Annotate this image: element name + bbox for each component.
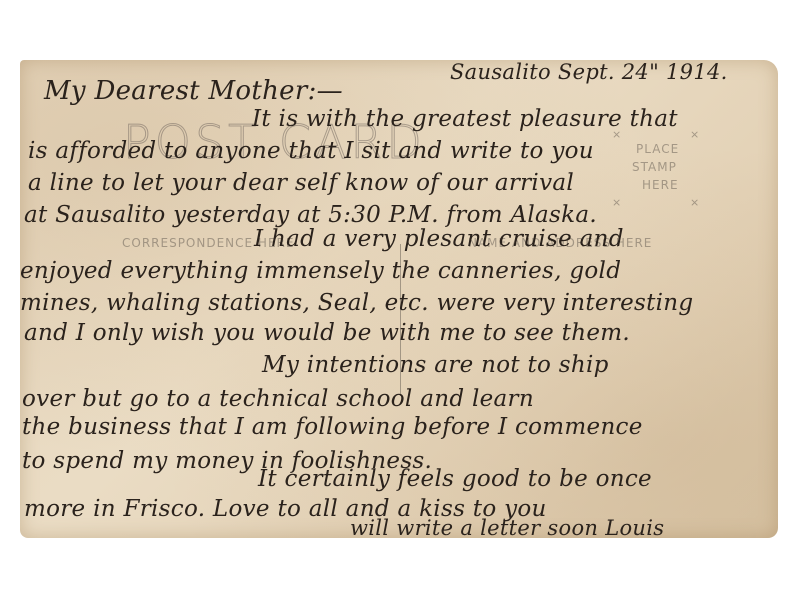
stamp-text-stamp: STAMP xyxy=(632,160,677,174)
letter-line: mines, whaling stations, Seal, etc. were… xyxy=(20,290,693,316)
letter-line: My intentions are not to ship xyxy=(262,352,609,378)
letter-line: It is with the greatest pleasure that xyxy=(252,106,678,132)
stamp-text-here: HERE xyxy=(642,178,679,192)
letter-line: and I only wish you would be with me to … xyxy=(24,320,630,346)
letter-line: over but go to a technical school and le… xyxy=(22,386,534,412)
postcard: POST CARD CORRESPONDENCE HERE NAME AND A… xyxy=(20,60,778,538)
stamp-corner-mark-icon: ⨯ xyxy=(612,196,621,209)
stamp-box: ⨯ ⨯ PLACE STAMP HERE ⨯ ⨯ xyxy=(610,128,700,218)
stamp-corner-mark-icon: ⨯ xyxy=(690,196,699,209)
letter-line: the business that I am following before … xyxy=(22,414,643,440)
salutation: My Dearest Mother:— xyxy=(44,76,343,106)
letter-line: It certainly feels good to be once xyxy=(258,466,652,492)
letter-line: a line to let your dear self know of our… xyxy=(28,170,574,196)
letter-line: I had a very plesant cruise and xyxy=(254,226,624,252)
stamp-text-place: PLACE xyxy=(636,142,679,156)
stamp-corner-mark-icon: ⨯ xyxy=(690,128,699,141)
letter-line: enjoyed everything immensely the canneri… xyxy=(20,258,621,284)
letter-line: is afforded to anyone that I sit and wri… xyxy=(28,138,594,164)
closing-line: will write a letter soon Louis xyxy=(350,516,664,540)
letter-line: at Sausalito yesterday at 5:30 P.M. from… xyxy=(24,202,597,228)
dateline: Sausalito Sept. 24" 1914. xyxy=(450,60,728,84)
